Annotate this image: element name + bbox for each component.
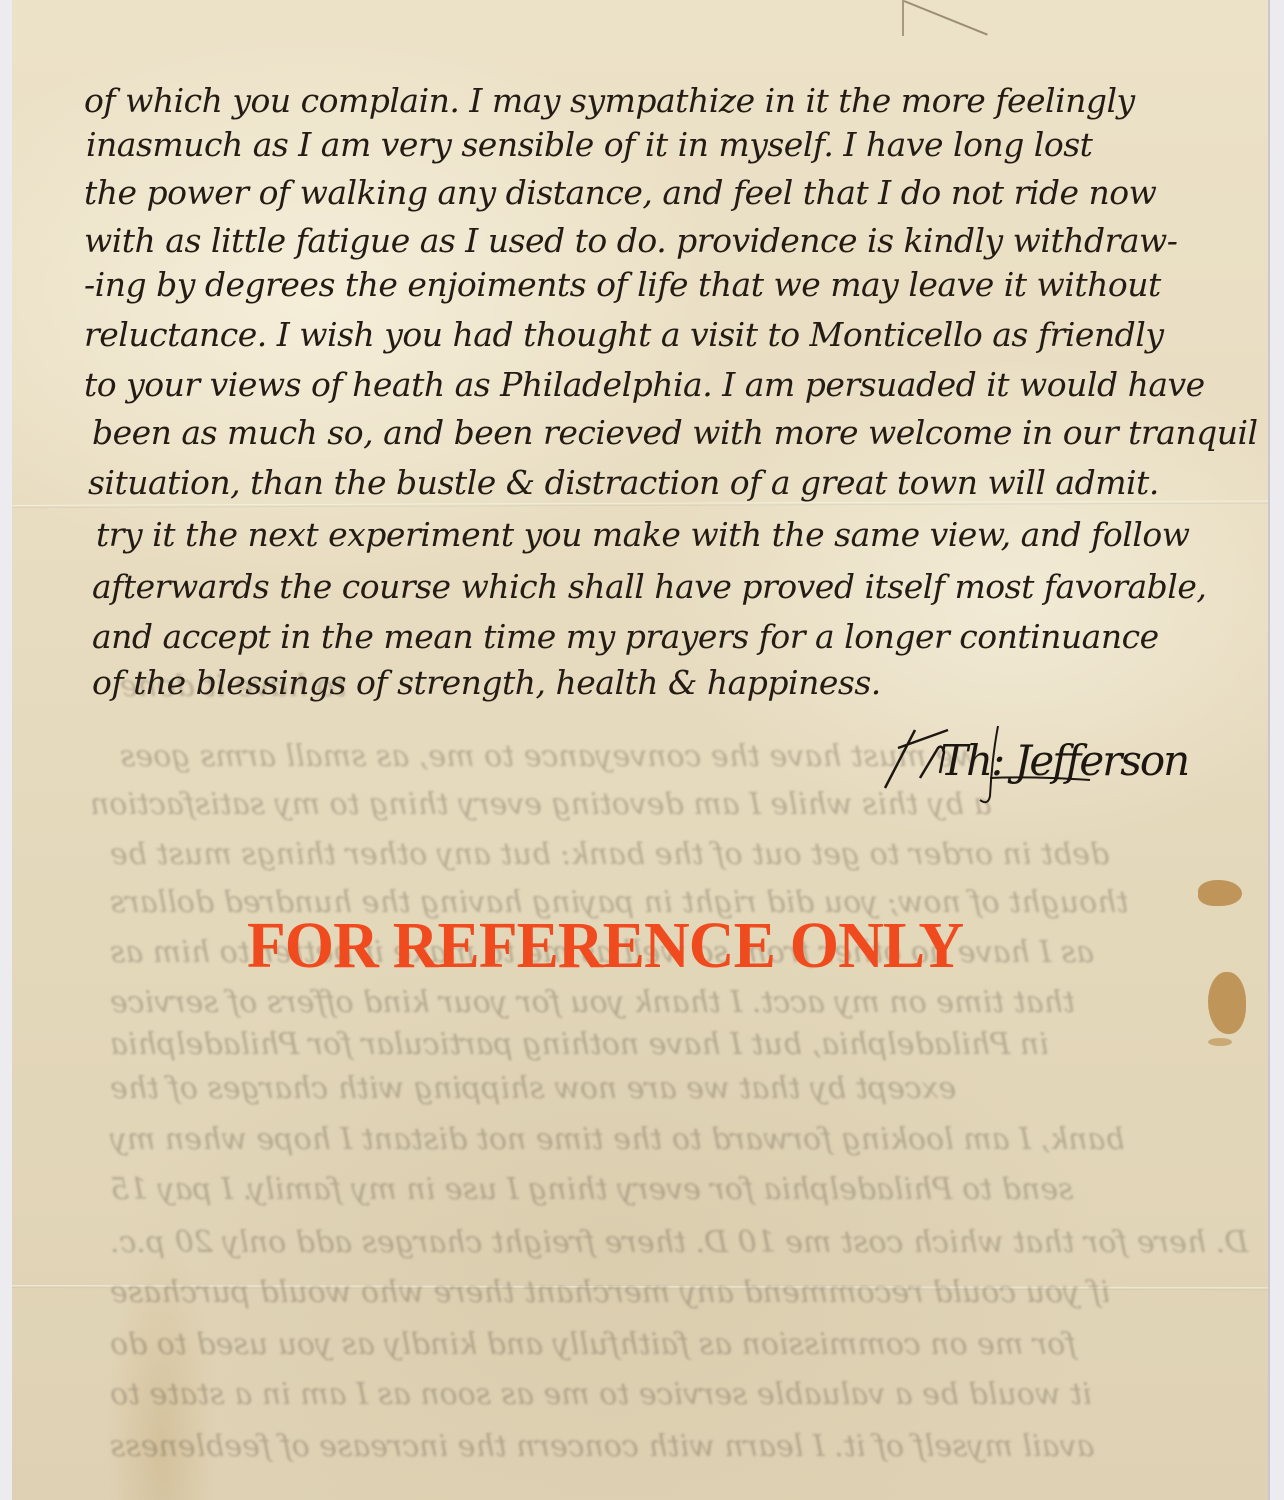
paper-stain	[1208, 972, 1246, 1034]
watermark-text: FOR REFERENCE ONLY	[247, 908, 963, 984]
letter-line: of which you complain. I may sympathize …	[84, 84, 1135, 117]
paper-stain	[1208, 1038, 1232, 1046]
signature-text: Th: Jefferson	[940, 736, 1188, 785]
letter-line: reluctance. I wish you had thought a vis…	[84, 318, 1164, 351]
signature: Th: Jefferson	[880, 718, 1110, 808]
letter-line: of the blessings of strength, health & h…	[92, 666, 881, 699]
letter-line: -ing by degrees the enjoiments of life t…	[84, 268, 1161, 301]
letter-line: with as little fatigue as I used to do. …	[84, 224, 1177, 257]
letter-line: been as much so, and been recieved with …	[92, 416, 1258, 449]
letter-line: and accept in the mean time my prayers f…	[92, 620, 1159, 653]
letter-line: inasmuch as I am very sensible of it in …	[86, 128, 1092, 161]
letter-line: the power of walking any distance, and f…	[84, 176, 1156, 209]
paper-stain	[1198, 880, 1242, 906]
letter-line: to your views of heath as Philadelphia. …	[84, 368, 1205, 401]
letter-line: situation, than the bustle & distraction…	[88, 466, 1159, 499]
letter-line: afterwards the course which shall have p…	[92, 570, 1206, 603]
letter-line: try it the next experiment you make with…	[96, 518, 1189, 551]
